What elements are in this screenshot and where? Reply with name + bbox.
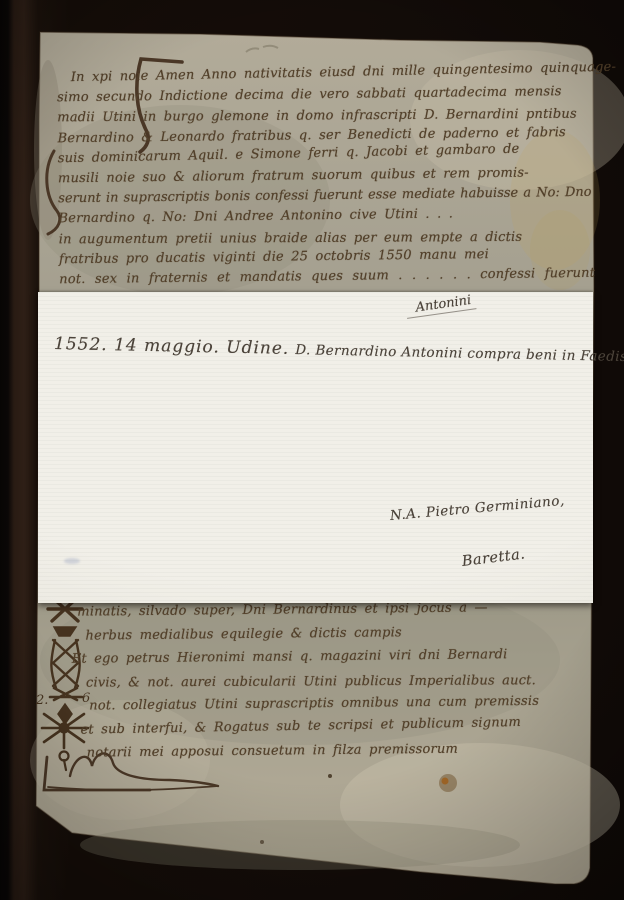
slip-signature: Baretta. (461, 546, 526, 570)
notary-digit-left: 2. (35, 693, 48, 708)
slip-entry: D. Bernardino Antonini compra beni in Fa… (295, 342, 624, 365)
archivist-slip: Antonini 1552. 14 maggio. Udine.D. Berna… (38, 292, 593, 603)
manuscript-top-text: In xpi noie Amen Anno nativitatis eiusd … (57, 62, 600, 291)
manuscript-photo: 2. 6 In xpi noie Amen Anno nativitatis e… (0, 0, 624, 900)
slip-catalog-entry: 1552. 14 maggio. Udine.D. Bernardino Ant… (54, 334, 624, 366)
slip-name-annotation: Antonini (405, 292, 477, 319)
manuscript-bottom-text: minatis, silvado super, Dni Bernardinus … (71, 595, 593, 765)
slip-notary-attribution: N.A. Pietro Germiniano, (389, 493, 565, 524)
ink-smudge (64, 558, 80, 564)
manuscript-line: civis, & not. aurei cubicularii Utini pu… (86, 668, 592, 694)
manuscript-line: Et ego petrus Hieronimi mansi q. magazin… (72, 642, 592, 671)
slip-date: 1552. 14 maggio. Udine. (54, 334, 290, 359)
manuscript-line: in augumentum pretii unius braide alias … (59, 227, 599, 250)
